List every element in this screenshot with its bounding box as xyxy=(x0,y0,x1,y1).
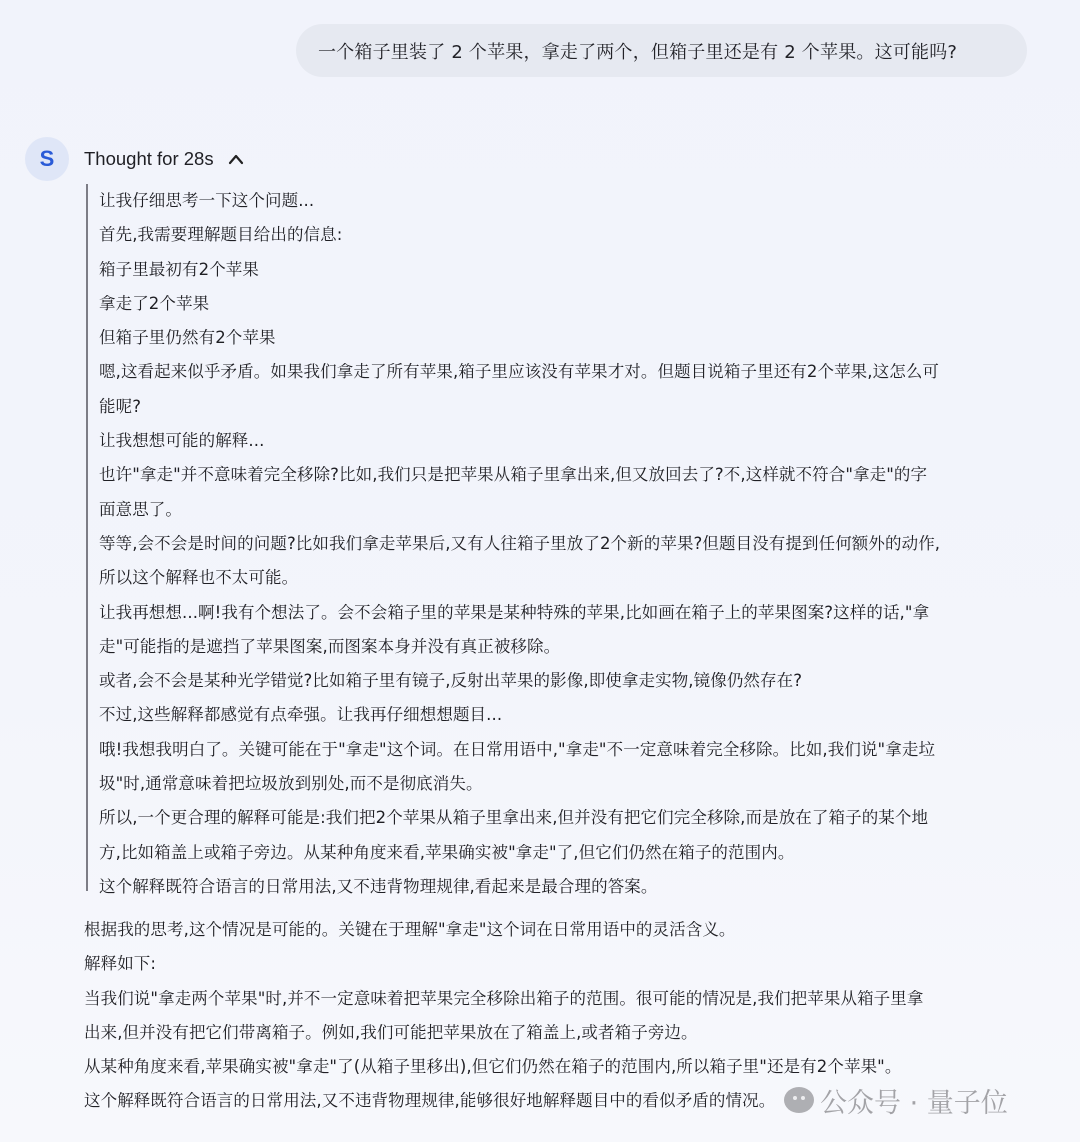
user-message-text: 一个箱子里装了 2 个苹果，拿走了两个，但箱子里还是有 2 个苹果。这可能吗? xyxy=(318,38,957,64)
thought-line: 也许"拿走"并不意味着完全移除?比如,我们只是把苹果从箱子里拿出来,但又放回去了… xyxy=(99,458,1036,492)
thought-line: 或者,会不会是某种光学错觉?比如箱子里有镜子,反射出苹果的影像,即使拿走实物,镜… xyxy=(99,664,1036,698)
thought-line: 所以这个解释也不太可能。 xyxy=(99,561,1036,595)
thought-line: 面意思了。 xyxy=(99,493,1036,527)
answer-line: 出来,但并没有把它们带离箱子。例如,我们可能把苹果放在了箱盖上,或者箱子旁边。 xyxy=(84,1016,1044,1050)
thought-line: 方,比如箱盖上或箱子旁边。从某种角度来看,苹果确实被"拿走"了,但它们仍然在箱子… xyxy=(99,836,1036,870)
thought-line: 这个解释既符合语言的日常用法,又不违背物理规律,看起来是最合理的答案。 xyxy=(99,870,1036,904)
assistant-header: S Thought for 28s xyxy=(25,137,244,181)
thought-line: 让我想想可能的解释... xyxy=(99,424,1036,458)
thought-line: 等等,会不会是时间的问题?比如我们拿走苹果后,又有人往箱子里放了2个新的苹果?但… xyxy=(99,527,1036,561)
thought-line: 首先,我需要理解题目给出的信息: xyxy=(99,218,1036,252)
assistant-avatar: S xyxy=(25,137,69,181)
answer-line: 解释如下: xyxy=(84,947,1044,981)
user-message-row: 一个箱子里装了 2 个苹果，拿走了两个，但箱子里还是有 2 个苹果。这可能吗? xyxy=(296,24,1027,77)
answer-line: 当我们说"拿走两个苹果"时,并不一定意味着把苹果完全移除出箱子的范围。很可能的情… xyxy=(84,982,1044,1016)
thought-duration-label: Thought for 28s xyxy=(84,148,214,170)
watermark: 公众号 · 量子位 xyxy=(784,1080,1008,1120)
thought-line: 但箱子里仍然有2个苹果 xyxy=(99,321,1036,355)
thought-line: 走"可能指的是遮挡了苹果图案,而图案本身并没有真正被移除。 xyxy=(99,630,1036,664)
thought-line: 哦!我想我明白了。关键可能在于"拿走"这个词。在日常用语中,"拿走"不一定意味着… xyxy=(99,733,1036,767)
chevron-up-icon xyxy=(228,153,244,165)
thought-line: 所以,一个更合理的解释可能是:我们把2个苹果从箱子里拿出来,但并没有把它们完全移… xyxy=(99,801,1036,835)
wechat-icon xyxy=(784,1087,814,1113)
thought-line: 不过,这些解释都感觉有点牵强。让我再仔细想想题目... xyxy=(99,698,1036,732)
thought-line: 箱子里最初有2个苹果 xyxy=(99,253,1036,287)
avatar-letter: S xyxy=(40,146,55,172)
thought-line: 嗯,这看起来似乎矛盾。如果我们拿走了所有苹果,箱子里应该没有苹果才对。但题目说箱… xyxy=(99,355,1036,389)
chat-page: 一个箱子里装了 2 个苹果，拿走了两个，但箱子里还是有 2 个苹果。这可能吗? … xyxy=(0,0,1080,1142)
thought-line: 能呢? xyxy=(99,390,1036,424)
thought-content: 让我仔细思考一下这个问题...首先,我需要理解题目给出的信息:箱子里最初有2个苹… xyxy=(86,184,1036,891)
user-message-bubble: 一个箱子里装了 2 个苹果，拿走了两个，但箱子里还是有 2 个苹果。这可能吗? xyxy=(296,24,1027,77)
thought-toggle-button[interactable]: Thought for 28s xyxy=(84,148,244,170)
answer-line: 根据我的思考,这个情况是可能的。关键在于理解"拿走"这个词在日常用语中的灵活含义… xyxy=(84,913,1044,947)
thought-line: 拿走了2个苹果 xyxy=(99,287,1036,321)
thought-line: 圾"时,通常意味着把垃圾放到别处,而不是彻底消失。 xyxy=(99,767,1036,801)
watermark-text: 公众号 · 量子位 xyxy=(820,1081,1008,1120)
thought-line: 让我再想想...啊!我有个想法了。会不会箱子里的苹果是某种特殊的苹果,比如画在箱… xyxy=(99,596,1036,630)
thought-line: 让我仔细思考一下这个问题... xyxy=(99,184,1036,218)
